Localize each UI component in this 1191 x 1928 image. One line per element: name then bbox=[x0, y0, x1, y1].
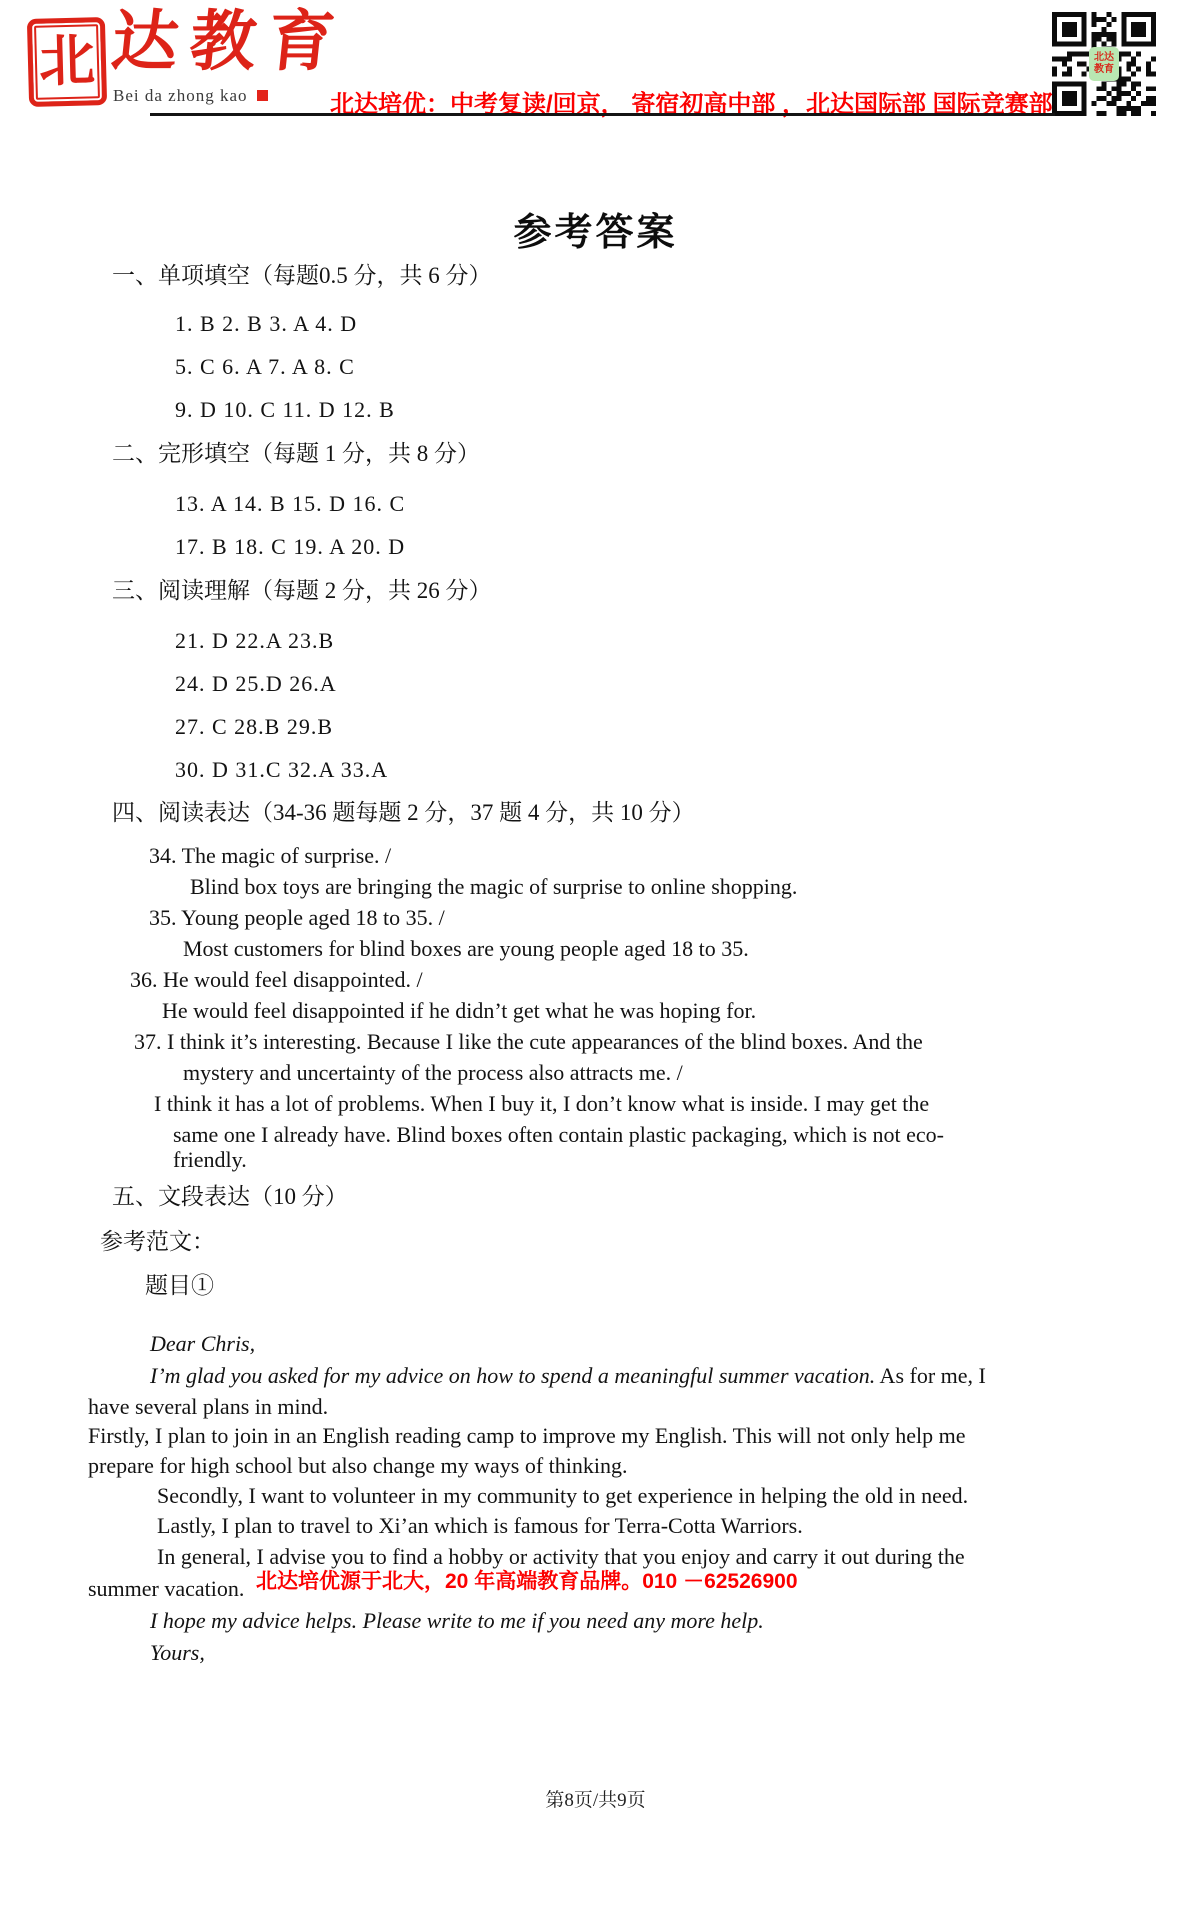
logo-seal: 北 bbox=[27, 17, 107, 107]
essay-signature: Yours, bbox=[150, 1639, 205, 1667]
answer-row: 13. A 14. B 15. D 16. C bbox=[175, 490, 405, 518]
red-square-icon bbox=[257, 90, 268, 101]
reading-answer-line: mystery and uncertainty of the process a… bbox=[183, 1059, 683, 1087]
reading-answer-line: 35. Young people aged 18 to 35. / bbox=[149, 904, 445, 932]
logo-latin-text: Bei da zhong kao bbox=[113, 86, 268, 106]
essay-line: I’m glad you asked for my advice on how … bbox=[150, 1362, 986, 1390]
reading-answer-line: I think it has a lot of problems. When I… bbox=[154, 1090, 929, 1118]
page-number: 第8页/共9页 bbox=[0, 1785, 1191, 1812]
header-divider bbox=[150, 113, 1055, 116]
section-heading-4: 四、阅读表达（34-36 题每题 2 分，37 题 4 分，共 10 分） bbox=[112, 799, 695, 828]
essay-line: have several plans in mind. bbox=[88, 1393, 328, 1421]
watermark-text: 北达培优源于北大，20 年高端教育品牌。010 －62526900 bbox=[256, 1565, 798, 1595]
essay-line: Secondly, I want to volunteer in my comm… bbox=[157, 1482, 968, 1510]
answer-row: 24. D 25.D 26.A bbox=[175, 670, 337, 698]
essay-line: Firstly, I plan to join in an English re… bbox=[88, 1422, 965, 1450]
answer-row: 9. D 10. C 11. D 12. B bbox=[175, 396, 395, 424]
essay-line: Lastly, I plan to travel to Xi’an which … bbox=[157, 1512, 803, 1540]
document-page: 北 达教育 Bei da zhong kao 北达培优：中考复读/回京， 寄宿初… bbox=[0, 0, 1191, 1928]
section-heading-5: 五、文段表达（10 分） bbox=[112, 1183, 348, 1212]
section-heading-2: 二、完形填空（每题 1 分，共 8 分） bbox=[112, 440, 480, 469]
qr-center-label: 北达 教育 bbox=[1089, 47, 1119, 81]
reading-answer-line: 37. I think it’s interesting. Because I … bbox=[134, 1028, 923, 1056]
answer-row: 17. B 18. C 19. A 20. D bbox=[175, 533, 405, 561]
reading-answer-line: 34. The magic of surprise. / bbox=[149, 842, 391, 870]
logo-script-text: 达教育 bbox=[109, 10, 350, 76]
section-heading-1: 一、单项填空（每题0.5 分，共 6 分） bbox=[112, 262, 492, 291]
reading-answer-line: 36. He would feel disappointed. / bbox=[130, 966, 423, 994]
reading-answer-line: friendly. bbox=[173, 1146, 247, 1174]
essay-line: prepare for high school but also change … bbox=[88, 1452, 627, 1480]
answer-row: 5. C 6. A 7. A 8. C bbox=[175, 353, 355, 381]
answer-row: 1. B 2. B 3. A 4. D bbox=[175, 310, 357, 338]
reading-answer-line: Most customers for blind boxes are young… bbox=[183, 935, 749, 963]
answer-row: 27. C 28.B 29.B bbox=[175, 713, 333, 741]
essay-reference-label: 参考范文： bbox=[100, 1228, 215, 1257]
section-heading-3: 三、阅读理解（每题 2 分，共 26 分） bbox=[112, 577, 492, 606]
qr-code: 北达 教育 bbox=[1052, 12, 1156, 116]
answer-row: 21. D 22.A 23.B bbox=[175, 627, 334, 655]
logo-seal-character: 北 bbox=[38, 33, 95, 90]
answer-row: 30. D 31.C 32.A 33.A bbox=[175, 756, 388, 784]
reading-answer-line: Blind box toys are bringing the magic of… bbox=[190, 873, 797, 901]
essay-salutation: Dear Chris, bbox=[150, 1330, 255, 1358]
reading-answer-line: He would feel disappointed if he didn’t … bbox=[162, 997, 756, 1025]
essay-line: summer vacation. bbox=[88, 1575, 244, 1603]
page-title: 参考答案 bbox=[0, 210, 1191, 258]
reading-answer-line: same one I already have. Blind boxes oft… bbox=[173, 1121, 944, 1149]
essay-closing-line: I hope my advice helps. Please write to … bbox=[150, 1607, 764, 1635]
essay-topic-label: 题目① bbox=[145, 1272, 214, 1301]
